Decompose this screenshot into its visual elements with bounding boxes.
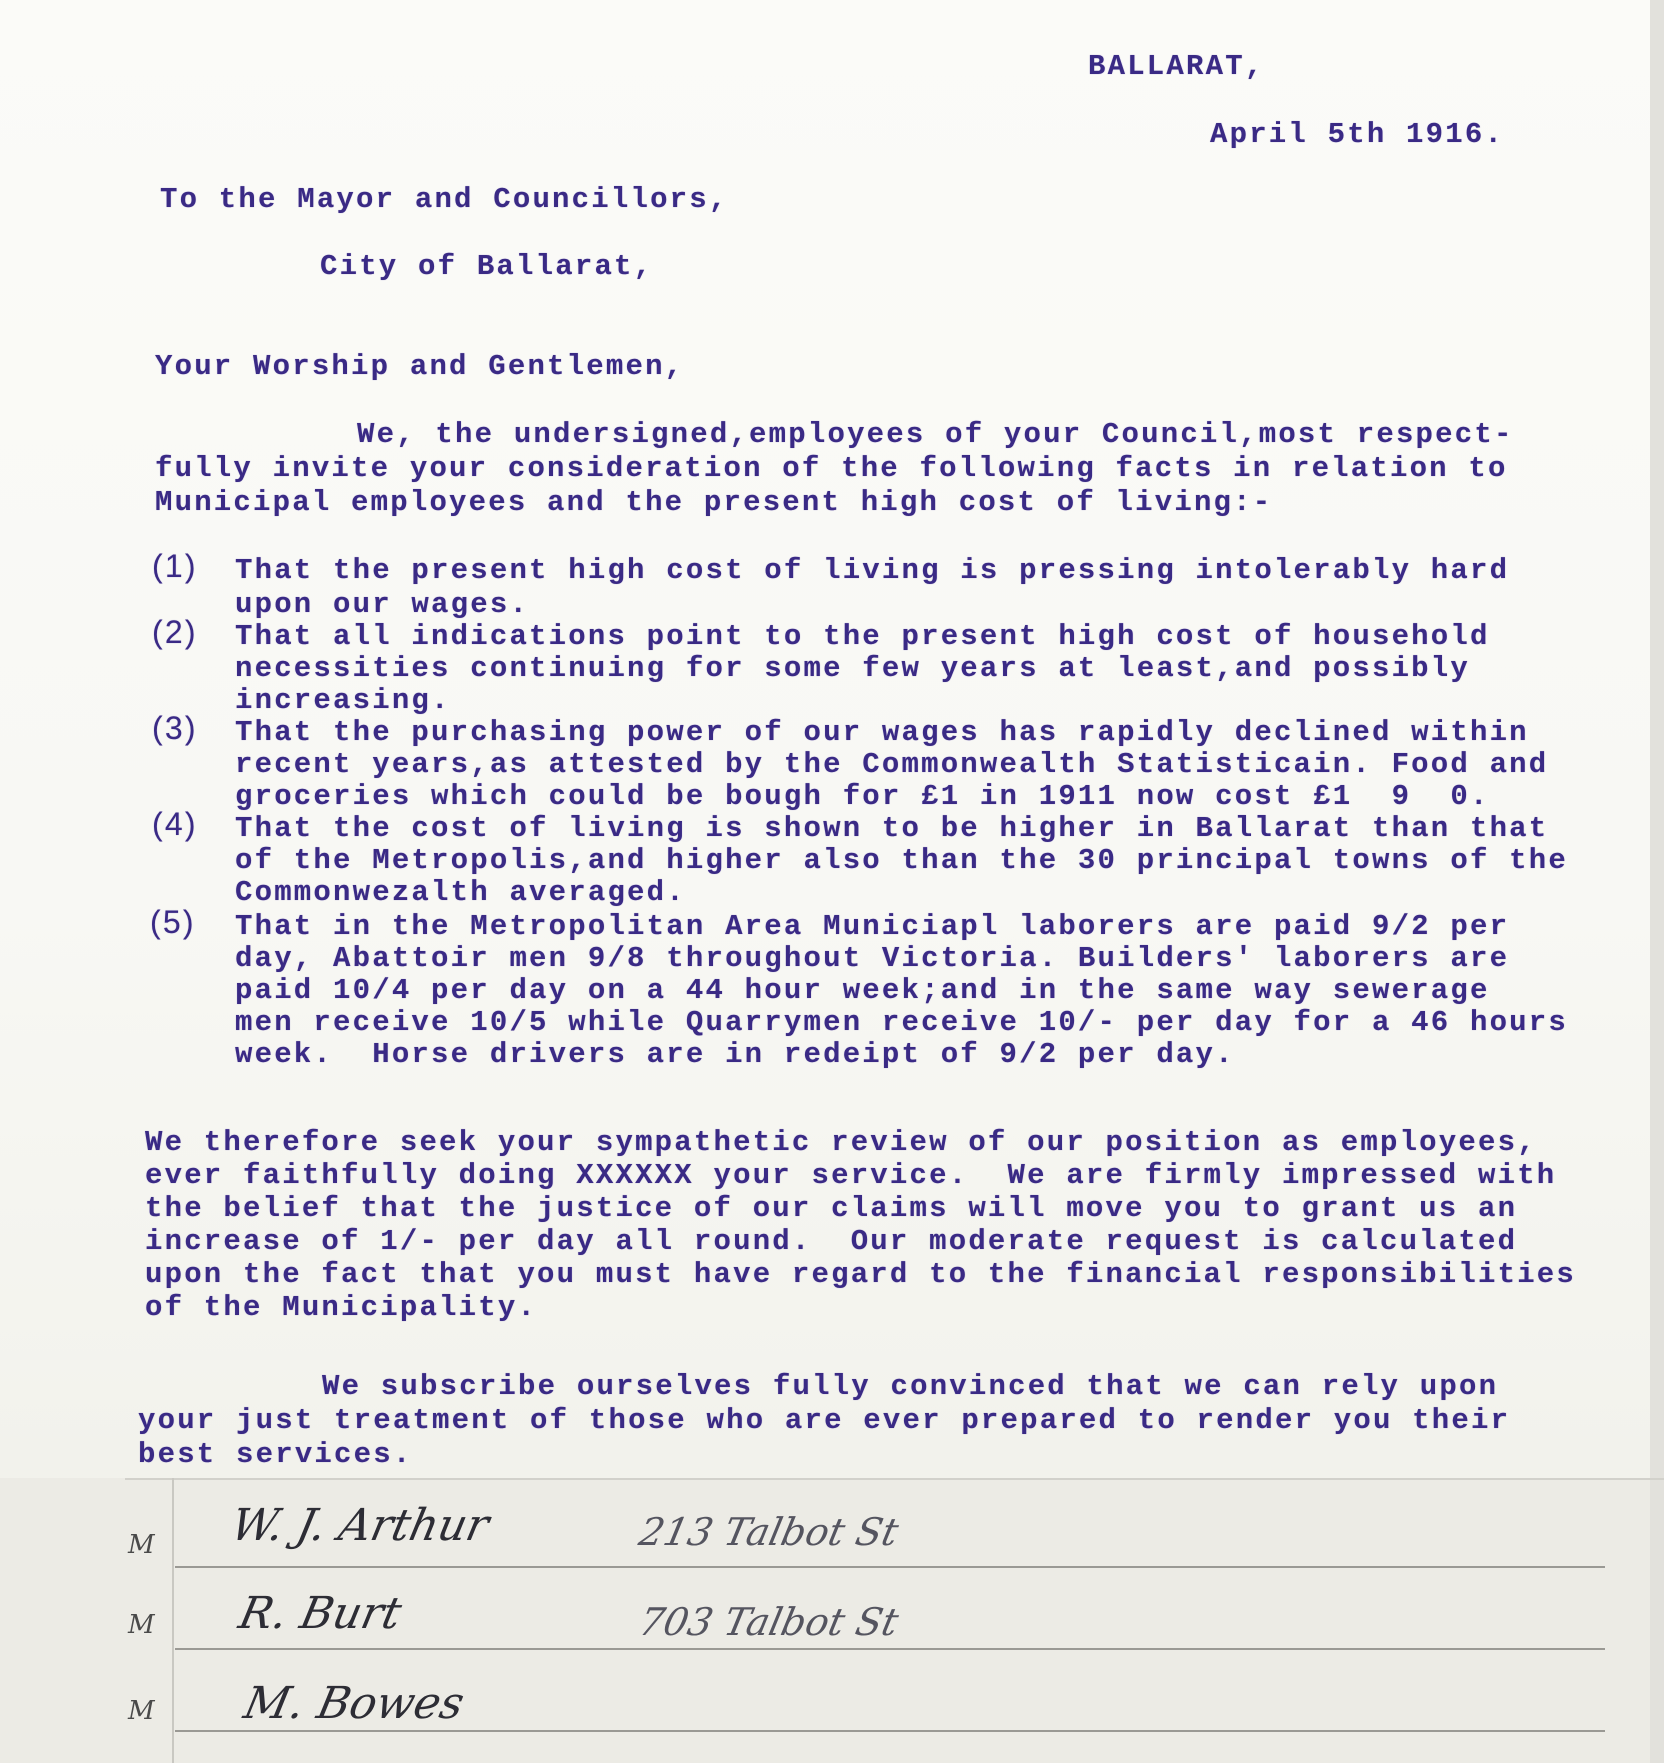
signature-prefix: M (128, 1610, 155, 1640)
intro-line: fully invite your consideration of the f… (155, 452, 1508, 485)
closing-line: We subscribe ourselves fully convinced t… (322, 1370, 1498, 1403)
signature-prefix: M (128, 1696, 155, 1726)
addressee-line-2: City of Ballarat, (320, 250, 653, 283)
letter-place: BALLARAT, (1088, 50, 1264, 83)
point-line: upon our wages. (235, 588, 529, 621)
signature-margin-rule (172, 1478, 174, 1763)
closing-line: best services. (138, 1438, 412, 1471)
point-line: men receive 10/5 while Quarrymen receive… (235, 1006, 1568, 1039)
signature-prefix: M (128, 1530, 155, 1560)
point-line: That the cost of living is shown to be h… (235, 812, 1548, 845)
point-line: paid 10/4 per day on a 44 hour week;and … (235, 974, 1490, 1007)
signature-area-divider (125, 1478, 1664, 1480)
salutation: Your Worship and Gentlemen, (155, 350, 684, 383)
point-line: That all indications point to the presen… (235, 620, 1490, 653)
point-line: That the purchasing power of our wages h… (235, 716, 1529, 749)
point-line: day, Abattoir men 9/8 throughout Victori… (235, 942, 1509, 975)
point-line: recent years,as attested by the Commonwe… (235, 748, 1548, 781)
point-number: (1) (152, 548, 198, 585)
point-line: week. Horse drivers are in redeipt of 9/… (235, 1038, 1235, 1071)
point-line: necessities continuing for some few year… (235, 652, 1470, 685)
addressee-line-1: To the Mayor and Councillors, (160, 183, 728, 216)
request-line: the belief that the justice of our claim… (145, 1192, 1517, 1225)
signature-name: W. J. Arthur (227, 1500, 494, 1551)
point-number: (2) (152, 614, 198, 651)
signature-line (175, 1566, 1605, 1568)
point-line: Commonwezalth averaged. (235, 876, 686, 909)
intro-line: Municipal employees and the present high… (155, 486, 1272, 519)
closing-paragraph: We subscribe ourselves fully convinced t… (0, 0, 39, 132)
signature-address: 703 Talbot St (635, 1600, 902, 1644)
closing-line: your just treatment of those who are eve… (138, 1404, 1510, 1437)
request-line: We therefore seek your sympathetic revie… (145, 1126, 1537, 1159)
letter-date: April 5th 1916. (1210, 118, 1504, 151)
signature-line (175, 1730, 1605, 1732)
signature-name: R. Burt (235, 1588, 406, 1639)
point-line: That the present high cost of living is … (235, 554, 1509, 587)
paper-edge (1650, 0, 1664, 1763)
request-line: increase of 1/- per day all round. Our m… (145, 1225, 1517, 1258)
request-line: ever faithfully doing XXXXXX your servic… (145, 1159, 1556, 1192)
signature-address: 213 Talbot St (635, 1510, 902, 1554)
point-line: of the Metropolis,and higher also than t… (235, 844, 1568, 877)
signature-name: M. Bowes (240, 1678, 469, 1729)
request-line: upon the fact that you must have regard … (145, 1258, 1576, 1291)
point-line: That in the Metropolitan Area Municiapl … (235, 910, 1509, 943)
point-line: increasing. (235, 684, 451, 717)
request-line: of the Municipality. (145, 1291, 537, 1324)
signature-line (175, 1648, 1605, 1650)
point-line: groceries which could be bough for £1 in… (235, 780, 1490, 813)
intro-line: We, the undersigned,employees of your Co… (357, 418, 1514, 451)
point-number: (5) (150, 904, 196, 941)
point-number: (4) (152, 806, 198, 843)
point-number: (3) (152, 710, 198, 747)
